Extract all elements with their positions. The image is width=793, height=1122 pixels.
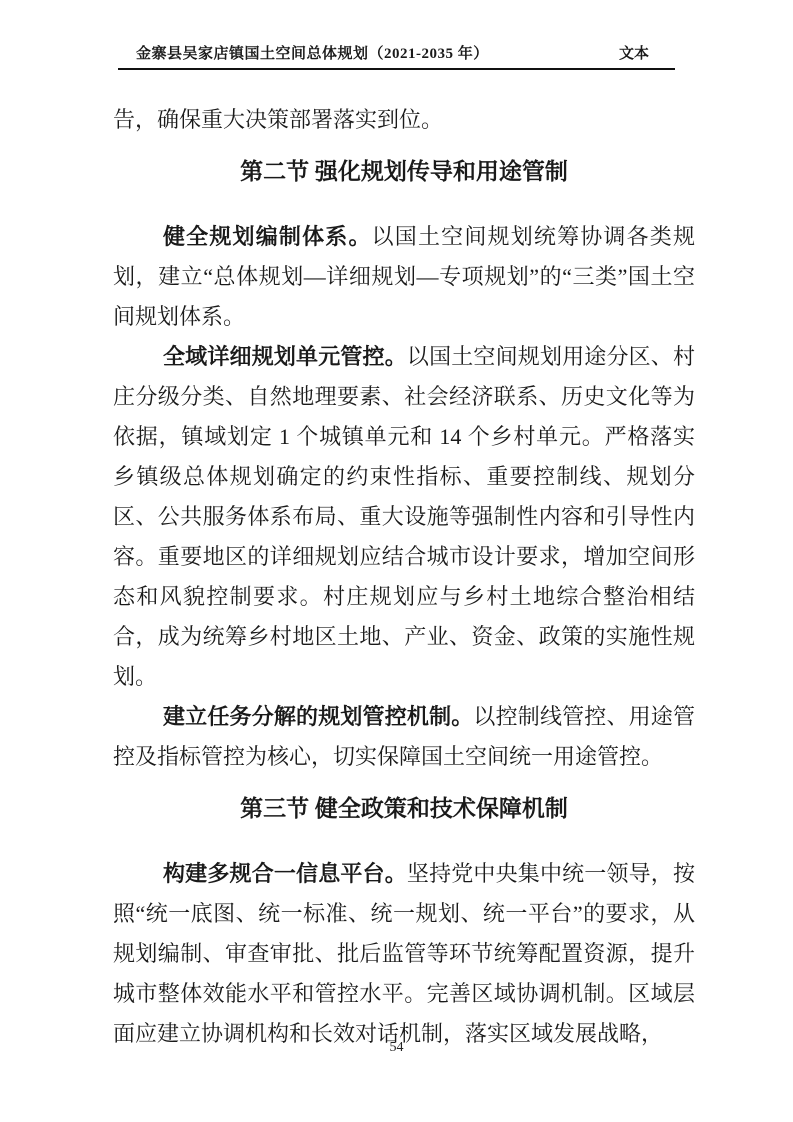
section-heading-3: 第三节 健全政策和技术保障机制	[113, 789, 695, 829]
page-number: 54	[0, 1040, 793, 1056]
paragraph-planning-system: 健全规划编制体系。以国土空间规划统筹协调各类规划，建立“总体规划—详细规划—专项…	[113, 217, 695, 337]
page-header: 金寨县吴家店镇国土空间总体规划（2021-2035 年） 文本	[118, 42, 675, 70]
paragraph-lead: 全域详细规划单元管控。	[163, 344, 407, 369]
paragraph-lead: 健全规划编制体系。	[163, 224, 372, 249]
header-row: 金寨县吴家店镇国土空间总体规划（2021-2035 年） 文本	[118, 42, 675, 63]
paragraph-text: 坚持党中央集中统一领导，按照“统一底图、统一标准、统一规划、统一平台”的要求，从…	[113, 861, 695, 1046]
document-page: 金寨县吴家店镇国土空间总体规划（2021-2035 年） 文本 告，确保重大决策…	[0, 0, 793, 1122]
header-doc-type-label: 文本	[619, 42, 675, 63]
section-heading-2: 第二节 强化规划传导和用途管制	[113, 152, 695, 192]
paragraph-continuation: 告，确保重大决策部署落实到位。	[113, 100, 695, 140]
paragraph-text: 以国土空间规划用途分区、村庄分级分类、自然地理要素、社会经济联系、历史文化等为依…	[113, 344, 695, 689]
paragraph-lead: 建立任务分解的规划管控机制。	[163, 704, 473, 729]
paragraph-task-decomposition: 建立任务分解的规划管控机制。以控制线管控、用途管控及指标管控为核心，切实保障国土…	[113, 697, 695, 777]
paragraph-unit-control: 全域详细规划单元管控。以国土空间规划用途分区、村庄分级分类、自然地理要素、社会经…	[113, 337, 695, 697]
document-body: 告，确保重大决策部署落实到位。 第二节 强化规划传导和用途管制 健全规划编制体系…	[113, 100, 695, 1054]
paragraph-lead: 构建多规合一信息平台。	[163, 861, 407, 886]
paragraph-info-platform: 构建多规合一信息平台。坚持党中央集中统一领导，按照“统一底图、统一标准、统一规划…	[113, 854, 695, 1054]
header-document-title: 金寨县吴家店镇国土空间总体规划（2021-2035 年）	[118, 42, 489, 63]
